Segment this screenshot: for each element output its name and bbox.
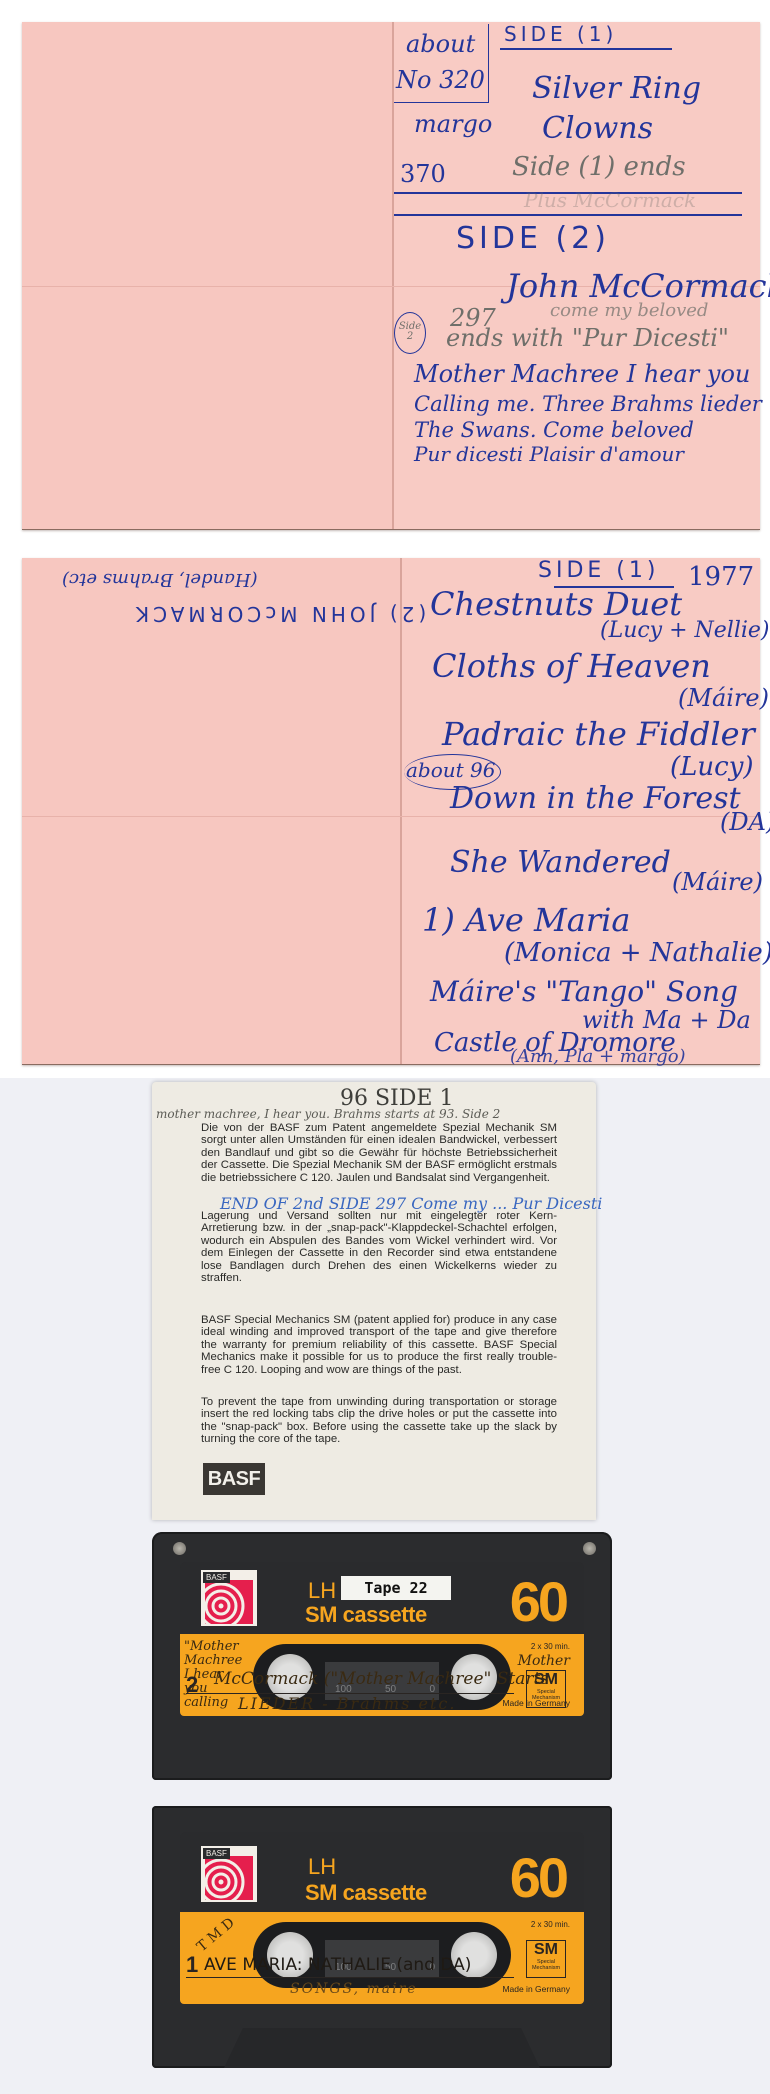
- track-title: 1) Ave Maria: [422, 904, 630, 936]
- side1-heading: SIDE (1): [504, 24, 617, 44]
- index-card-2: (2) JOHN McCORMACK (Handel, Brahms etc) …: [22, 558, 760, 1065]
- upside-down-sub: (Handel, Brahms etc): [62, 570, 258, 588]
- made-in-label: Made in Germany: [502, 1698, 570, 1708]
- track-title: She Wandered: [450, 848, 671, 878]
- faint-pencil-note: Plus McCormack: [524, 190, 696, 210]
- handwriting-main: AVE MARIA: NATHALIE (and DA): [204, 1957, 471, 1974]
- index-card-1: about No 320 margo 370 SIDE (1) Silver R…: [22, 22, 760, 530]
- duration-label: 2 x 30 min.: [531, 1920, 570, 1929]
- side2-end-note: ends with "Pur Dicesti": [446, 326, 729, 350]
- track-title: Máire's "Tango" Song: [430, 978, 738, 1006]
- track-title: Down in the Forest: [450, 784, 741, 814]
- handwriting-sub: SONGS, maire: [290, 1982, 418, 1996]
- track-performers: (Máire): [672, 870, 763, 894]
- upside-down-label: (2) JOHN McCORMACK: [132, 604, 426, 624]
- side2-line-4: Pur dicesti Plaisir d'amour: [414, 444, 684, 464]
- cassette-bottom: [224, 2028, 540, 2068]
- track-title: Cloths of Heaven: [432, 650, 711, 682]
- tape-number: No 320: [396, 68, 485, 92]
- side2-line-3: The Swans. Come beloved: [414, 420, 694, 441]
- basf-badge: BASF: [201, 1846, 257, 1902]
- side2-artist: John McCormack: [506, 270, 770, 302]
- model-label: SM cassette: [305, 1880, 427, 1906]
- track-title: Chestnuts Duet: [430, 588, 682, 620]
- cassette-tape-22: BASF LH Tape 22 SM cassette 60 100 50 0 …: [152, 1532, 612, 1780]
- sm-logo-box: SM Special Mechanism: [526, 1940, 566, 1978]
- track-performers: (DA): [720, 810, 770, 834]
- side2-heading: SIDE (2): [456, 224, 610, 254]
- track-performers: (Lucy + Nellie): [600, 620, 770, 642]
- side1-ends-note: Side (1) ends: [512, 154, 686, 180]
- length-label: 60: [510, 1850, 566, 1906]
- counter-note: about 96: [406, 760, 496, 780]
- leaflet-paragraph-en-2: To prevent the tape from unwinding durin…: [201, 1396, 557, 1446]
- side1-heading: SIDE (1): [538, 560, 659, 582]
- handwriting-main: McCormack ("Mother Machree" Starts: [214, 1671, 549, 1688]
- leaflet-handwritten-pencil: mother machree, I hear you. Brahms start…: [156, 1108, 500, 1120]
- track-silver-ring: Silver Ring: [532, 74, 701, 104]
- handwriting-right: Mother: [518, 1654, 570, 1668]
- made-in-label: Made in Germany: [502, 1984, 570, 1994]
- side-number: 1: [186, 1952, 198, 1978]
- cassette-tape-2: BASF LH SM cassette 60 100 50 0 2 x 30 m…: [152, 1806, 612, 2068]
- track-performers: (Máire): [678, 686, 769, 710]
- leaflet-paragraph-de-2: Lagerung und Versand sollten nur mit ein…: [201, 1210, 557, 1284]
- length-label: 60: [510, 1574, 566, 1630]
- track-performers: (Ann, Pla + margo): [510, 1048, 686, 1066]
- side2-line-2: Calling me. Three Brahms lieder: [414, 394, 762, 415]
- side2-line-1: Mother Machree I hear you: [414, 362, 750, 386]
- side2-counter-note: come my beloved: [550, 302, 708, 320]
- model-label: SM cassette: [305, 1602, 427, 1628]
- tape-number-sticker: Tape 22: [341, 1576, 451, 1600]
- year: 1977: [688, 564, 754, 590]
- lh-label: LH: [308, 1578, 336, 1604]
- basf-badge: BASF: [201, 1570, 257, 1626]
- side-number: 2: [186, 1672, 198, 1698]
- track-title: Padraic the Fiddler: [442, 718, 755, 750]
- card-fold: [400, 558, 402, 1064]
- track-performers: (Monica + Nathalie): [504, 940, 770, 966]
- lh-label: LH: [308, 1854, 336, 1880]
- basf-leaflet: 96 SIDE 1 mother machree, I hear you. Br…: [152, 1082, 596, 1520]
- side2-badge: Side 2: [396, 322, 424, 342]
- handwriting-sub: LIEDER - Brahms etc.: [238, 1696, 456, 1712]
- counter-end: 370: [400, 162, 446, 186]
- basf-logo: BASF: [203, 1463, 265, 1495]
- about-label: about: [406, 32, 475, 56]
- track-clowns: Clowns: [542, 114, 653, 144]
- leaflet-paragraph-de-1: Die von der BASF zum Patent angemeldete …: [201, 1122, 557, 1184]
- margo-note: margo: [414, 112, 492, 136]
- duration-label: 2 x 30 min.: [531, 1642, 570, 1651]
- track-performers: (Lucy): [670, 754, 754, 780]
- leaflet-paragraph-en-1: BASF Special Mechanics SM (patent applie…: [201, 1314, 557, 1376]
